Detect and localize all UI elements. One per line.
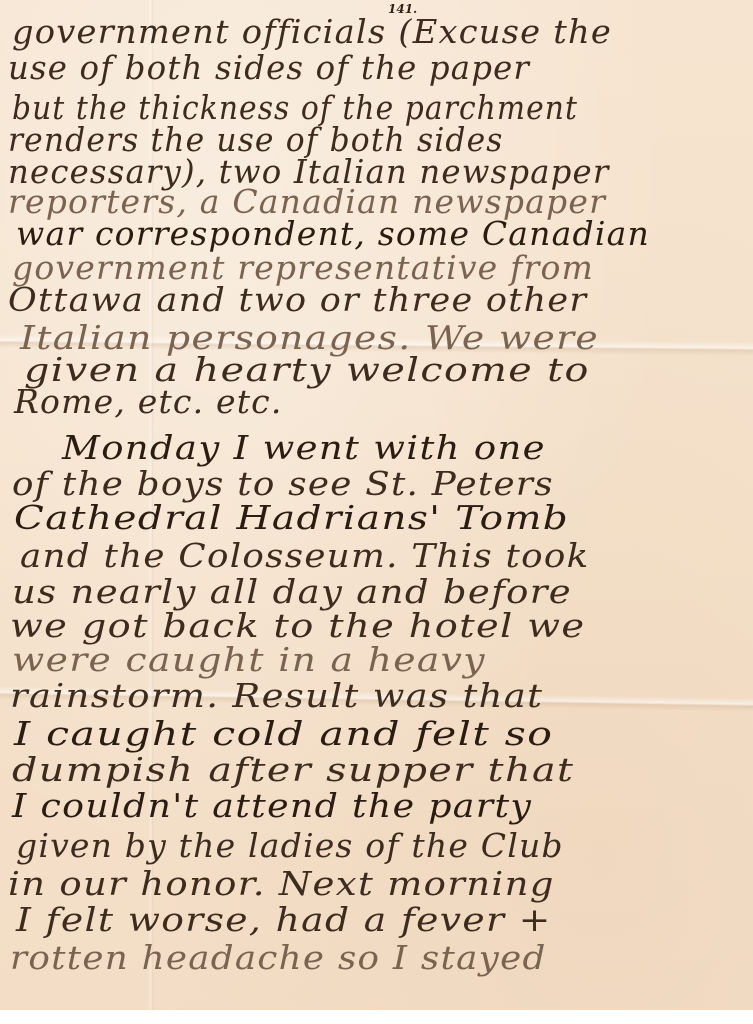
handwritten-line: Monday I went with one xyxy=(62,428,546,467)
handwritten-line: Ottawa and two or three other xyxy=(8,280,587,319)
handwritten-line: rotten headache so I stayed xyxy=(10,938,547,977)
handwritten-line: were caught in a heavy xyxy=(12,640,486,679)
handwritten-line: given by the ladies of the Club xyxy=(16,826,564,865)
handwritten-line: Rome, etc. etc. xyxy=(14,382,283,421)
handwritten-line: I felt worse, had a fever + xyxy=(16,900,552,939)
handwritten-line: government officials (Excuse the xyxy=(12,12,612,51)
handwritten-line: dumpish after supper that xyxy=(12,750,574,789)
handwritten-line: I couldn't attend the party xyxy=(12,786,532,825)
handwritten-line: rainstorm. Result was that xyxy=(10,676,543,715)
handwritten-line: Cathedral Hadrians' Tomb xyxy=(14,498,569,537)
handwritten-line: use of both sides of the paper xyxy=(8,48,530,87)
handwritten-line: in our honor. Next morning xyxy=(8,864,555,903)
handwritten-line: I caught cold and felt so xyxy=(14,714,553,753)
letter-page: 141. government officials (Excuse the us… xyxy=(0,0,753,1010)
handwritten-line: and the Colosseum. This took xyxy=(20,536,590,575)
